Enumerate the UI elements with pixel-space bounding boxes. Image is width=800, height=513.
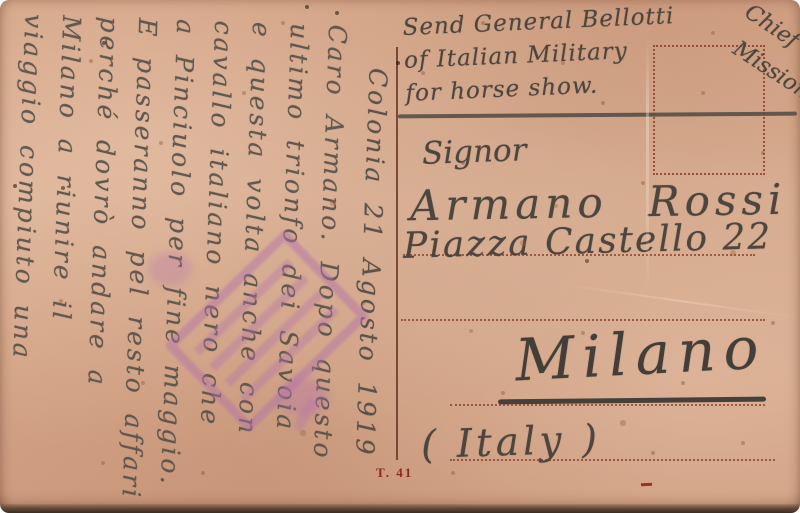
address-salutation: Signor <box>421 132 527 172</box>
card-bottom-edge <box>0 504 800 513</box>
handwritten-message-block: Colonia 21 Agosto 1919 Caro Armano. Dopo… <box>2 14 398 497</box>
divider-line <box>396 47 398 460</box>
printer-mark: T. 41 <box>376 465 413 481</box>
postcard-back: Colonia 21 Agosto 1919 Caro Armano. Dopo… <box>0 0 800 513</box>
sender-note: Send General Bellotti of Italian Militar… <box>402 0 678 111</box>
address-rule <box>450 404 765 406</box>
red-dash-mark <box>641 483 652 487</box>
paper-crease <box>561 283 799 318</box>
address-country: ( Italy ) <box>420 417 602 468</box>
paper-crease <box>646 40 649 290</box>
censor-stamp-smudge <box>148 252 192 286</box>
ink-specks <box>0 0 2 2</box>
address-city: Milano <box>513 313 768 394</box>
address-street: Piazza Castello 22 <box>403 216 773 267</box>
